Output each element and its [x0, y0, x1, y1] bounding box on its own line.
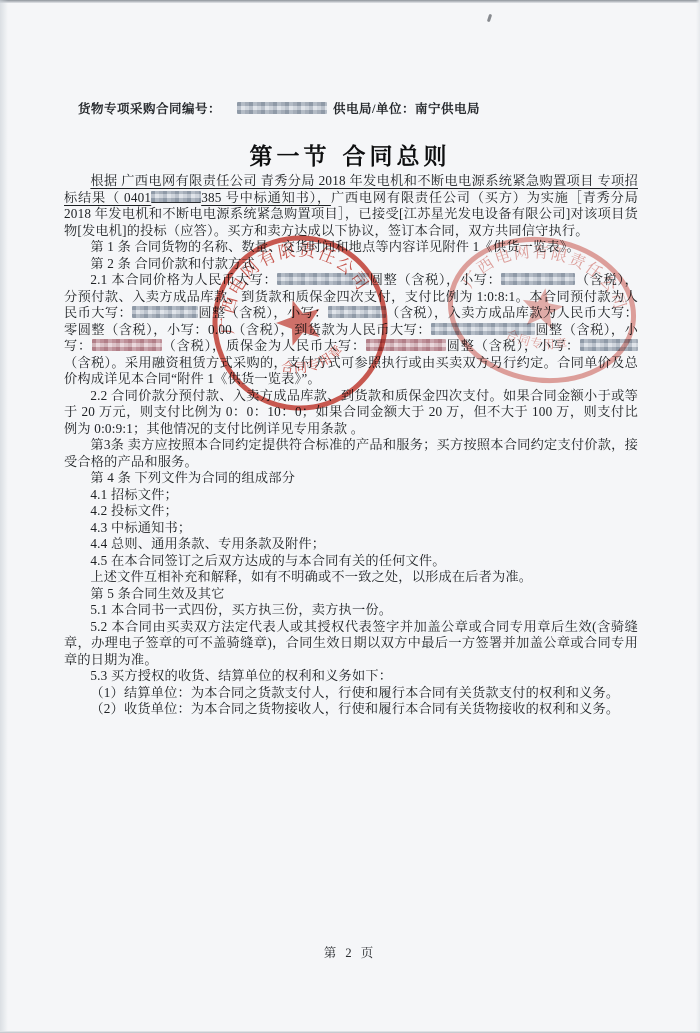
page-number: 第 2 页: [0, 943, 700, 961]
scan-dust-speck: [487, 14, 492, 23]
paragraph: 4.1 招标文件；: [64, 487, 638, 504]
paragraph: 4.4 总则、通用条款、专用条款及附件；: [64, 536, 638, 553]
text-run: 上述文件互相补充和解释，如有不明确或不一致之处，以形成在后者为准。: [90, 569, 532, 584]
contract-body: 根据 广西电网有限责任公司 青秀分局 2018 年发电机和不断电电源系统紧急购置…: [64, 173, 638, 718]
paragraph: 上述文件互相补充和解释，如有不明确或不一致之处，以形成在后者为准。: [64, 569, 638, 586]
text-run: （1）结算单位：为本合同之货款支付人，行使和履行本合同有关货款支付的权利和义务。: [90, 685, 619, 700]
redacted-text: [151, 191, 201, 203]
scanned-contract-page: { "document": { "header": { "label": "货物…: [0, 0, 700, 1033]
text-run: （含税），质保金为人民币大写：: [162, 338, 366, 353]
paragraph: 4.5 在本合同签订之后双方达成的与本合同有关的任何文件。: [64, 553, 638, 570]
unit-label: 供电局/单位：南宁供电局: [333, 102, 480, 116]
text-run: （含税）。采用融资租赁方式采购的，支付方式可参照执行或由买卖双方另行约定。合同单…: [64, 355, 638, 387]
text-run: 4.1 招标文件；: [90, 487, 178, 502]
text-run: 5.3 买方授权的收货、结算单位的权利和义务如下：: [90, 668, 392, 683]
paragraph: 2.2 合同价款分预付款、入卖方成品库款、到货款和质保金四次支付。如果合同金额小…: [64, 388, 638, 438]
section-title: 第一节 合同总则: [0, 138, 700, 171]
paragraph: 根据 广西电网有限责任公司 青秀分局 2018 年发电机和不断电电源系统紧急购置…: [64, 173, 638, 239]
paragraph: 第 5 条合同生效及其它: [64, 586, 638, 603]
text-run: 圆整（含税），小写：: [369, 272, 501, 287]
text-run: 4.5 在本合同签订之后双方达成的与本合同有关的任何文件。: [90, 553, 445, 568]
text-run: 第 2 条 合同价款和付款方式: [90, 256, 255, 271]
text-run: 5.2 本合同由买卖双方法定代表人或其授权代表签字并加盖公章或合同专用章后生效(…: [64, 619, 638, 667]
text-run: 圆整（含税），小写：: [446, 338, 580, 353]
contract-number-line: 货物专项采购合同编号：供电局/单位：南宁供电局: [78, 99, 480, 117]
text-run: 385 号中标通知书），: [201, 190, 331, 205]
text-run: 4.3 中标通知书；: [90, 520, 191, 535]
text-run: 圆整（含税），小写：: [198, 305, 328, 320]
redacted-contract-number: [237, 102, 327, 114]
text-run: 4.2 投标文件；: [90, 503, 178, 518]
paragraph: 2.1 本合同价格为人民币大写：圆整（含税），小写：（含税），分预付款、入卖方成…: [64, 272, 638, 388]
redacted-text: [580, 339, 638, 351]
paragraph: 第 1 条 合同货物的名称、数量、交货时间和地点等内容详见附件 1《供货一览表》…: [64, 239, 638, 256]
paragraph: 第3条 卖方应按照本合同约定提供符合标准的产品和服务；买方按照本合同约定支付价款…: [64, 437, 638, 470]
text-run: 2.1 本合同价格为人民币大写：: [90, 272, 277, 287]
paragraph: 4.3 中标通知书；: [64, 520, 638, 537]
redacted-text: [366, 339, 446, 351]
redacted-text: [328, 306, 386, 318]
text-run: 第 1 条 合同货物的名称、数量、交货时间和地点等内容详见附件 1《供货一览表》…: [90, 239, 580, 254]
contract-number-label: 货物专项采购合同编号：: [78, 102, 221, 116]
text-run: 第 4 条 下列文件为合同的组成部分: [90, 470, 295, 485]
paragraph: 5.3 买方授权的收货、结算单位的权利和义务如下：: [64, 668, 638, 685]
redacted-text: [431, 323, 535, 335]
paragraph: 4.2 投标文件；: [64, 503, 638, 520]
paragraph: 5.1 本合同书一式四份，买方执三份，卖方执一份。: [64, 602, 638, 619]
redacted-text: [277, 273, 369, 285]
paragraph: （1）结算单位：为本合同之货款支付人，行使和履行本合同有关货款支付的权利和义务。: [64, 685, 638, 702]
text-run: 第 5 条合同生效及其它: [90, 586, 224, 601]
paragraph: （2）收货单位：为本合同之货物接收人，行使和履行本合同有关货物接收的权利和义务。: [64, 701, 638, 718]
redacted-text: [501, 273, 575, 285]
text-run: 2.2 合同价款分预付款、入卖方成品库款、到货款和质保金四次支付。如果合同金额小…: [64, 388, 638, 436]
paragraph: 第 4 条 下列文件为合同的组成部分: [64, 470, 638, 487]
redacted-text: [92, 339, 162, 351]
text-run: （2）收货单位：为本合同之货物接收人，行使和履行本合同有关货物接收的权利和义务。: [90, 701, 619, 716]
text-run: 5.1 本合同书一式四份，买方执三份，卖方执一份。: [90, 602, 392, 617]
paragraph: 5.2 本合同由买卖双方法定代表人或其授权代表签字并加盖公章或合同专用章后生效(…: [64, 619, 638, 669]
redacted-text: [132, 306, 198, 318]
paragraph: 第 2 条 合同价款和付款方式: [64, 256, 638, 273]
text-run: 第3条 卖方应按照本合同约定提供符合标准的产品和服务；买方按照本合同约定支付价款…: [64, 437, 638, 469]
text-run: 4.4 总则、通用条款、专用条款及附件；: [90, 536, 325, 551]
scan-edge-top: [0, 0, 700, 3]
